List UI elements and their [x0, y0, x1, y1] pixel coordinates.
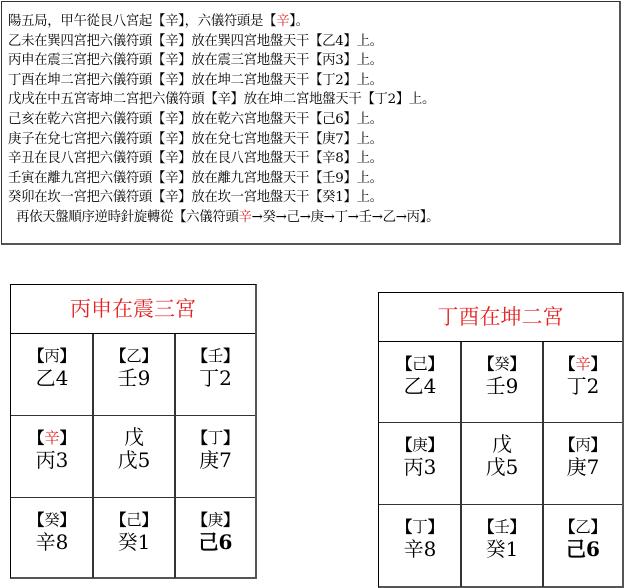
heaven-stem-text: 庚: [208, 511, 224, 529]
heaven-stem-text: 癸: [494, 355, 510, 373]
earth-stem: 辛8: [11, 530, 93, 554]
bracket-close: 】: [510, 354, 526, 373]
bracket-open: 【: [111, 510, 127, 529]
highlight-stem: 辛: [276, 14, 289, 29]
heaven-stem-text: 丁: [208, 429, 224, 447]
heaven-stem: 【壬】: [175, 346, 256, 366]
bracket-open: 【: [192, 510, 208, 529]
explanation-lines: 陽五局，甲午從艮八宮起【辛】，六儀符頭是【辛】。乙未在巽四宮把六儀符頭【辛】放在…: [8, 12, 439, 228]
bracket-close: 】: [428, 517, 444, 536]
bracket-close: 】: [428, 435, 444, 454]
bracket-close: 】: [142, 510, 158, 529]
palace-cell: 【壬】丁2: [175, 334, 256, 416]
palace-cell: 【丁】庚7: [175, 416, 256, 498]
bracket-open: 【: [560, 354, 576, 373]
earth-stem: 戊5: [93, 448, 175, 472]
bracket-open: 【: [29, 346, 45, 365]
heaven-stem-text: 辛: [575, 355, 591, 373]
grid-title: 丙申在震三宮: [11, 285, 255, 334]
grid-title: 丁酉在坤二宮: [379, 293, 622, 342]
earth-stem: 辛8: [379, 537, 461, 561]
explanation-line: 戊戌在中五宮寄坤二宮把六儀符頭【辛】放在坤二宮地盤天干【丁2】上。: [8, 90, 439, 110]
explanation-line: 辛丑在艮八宮把六儀符頭【辛】放在艮八宮地盤天干【辛8】上。: [8, 149, 439, 169]
line-text: 丙申在震三宮把六儀符頭【辛】放在震三宮地盤天干【丙3】上。: [8, 53, 383, 68]
line-text: 丁酉在坤二宮把六儀符頭【辛】放在坤二宮地盤天干【丁2】上。: [8, 73, 383, 88]
bracket-close: 】: [510, 517, 526, 536]
explanation-line: 庚子在兌七宮把六儀符頭【辛】放在兌七宮地盤天干【庚7】上。: [8, 130, 439, 150]
palace-cell: 【乙】己6: [543, 505, 623, 587]
earth-stem: 庚7: [175, 448, 256, 472]
line-text: 庚子在兌七宮把六儀符頭【辛】放在兌七宮地盤天干【庚7】上。: [8, 132, 383, 147]
heaven-stem-text: 庚: [412, 436, 428, 454]
bracket-open: 【: [560, 435, 576, 454]
explanation-line: 癸卯在坎一宮把六儀符頭【辛】放在坎一宮地盤天干【癸1】上。: [8, 188, 439, 208]
bracket-open: 【: [192, 428, 208, 447]
bracket-open: 【: [397, 354, 413, 373]
bracket-close: 】: [591, 517, 607, 536]
bracket-open: 【: [479, 354, 495, 373]
explanation-line: 己亥在乾六宮把六儀符頭【辛】放在乾六宮地盤天干【己6】上。: [8, 110, 439, 130]
grid-ding-you-kun-er: 丁酉在坤二宮 【己】乙4【癸】壬9【辛】丁2【庚】丙3戊戊5【丙】庚7【丁】辛8…: [378, 292, 624, 588]
heaven-stem: 【辛】: [543, 354, 623, 374]
earth-stem: 壬9: [461, 374, 543, 398]
earth-stem: 庚7: [543, 455, 623, 479]
bracket-close: 】: [60, 428, 76, 447]
palace-cell: 戊戊5: [93, 416, 175, 498]
earth-stem: 壬9: [93, 366, 175, 390]
earth-stem: 丁2: [175, 366, 256, 390]
earth-stem: 丙3: [379, 455, 461, 479]
earth-stem: 己6: [175, 530, 256, 554]
highlight-stem: 辛: [239, 210, 252, 225]
earth-stem: 癸1: [93, 530, 175, 554]
palace-cell: 【庚】丙3: [379, 423, 461, 505]
explanation-line: 丁酉在坤二宮把六儀符頭【辛】放在坤二宮地盤天干【丁2】上。: [8, 71, 439, 91]
palace-cell: 【辛】丙3: [11, 416, 93, 498]
heaven-stem: 【庚】: [175, 510, 256, 530]
heaven-stem: 【辛】: [11, 428, 93, 448]
palace-cell: 【丙】庚7: [543, 423, 623, 505]
palace-cell: 戊戊5: [461, 423, 543, 505]
palace-cell: 【庚】己6: [175, 498, 256, 578]
bracket-close: 】: [60, 346, 76, 365]
bracket-close: 】: [223, 510, 239, 529]
center-stem-text: 戊: [124, 425, 144, 449]
center-stem: 戊: [93, 426, 175, 448]
heaven-stem-text: 乙: [126, 347, 142, 365]
palace-cell: 【癸】辛8: [11, 498, 93, 578]
earth-stem: 丙3: [11, 448, 93, 472]
line-text: 戊戌在中五宮寄坤二宮把六儀符頭【辛】放在坤二宮地盤天干【丁2】上。: [8, 92, 435, 107]
heaven-stem-text: 丙: [575, 436, 591, 454]
line-text: 】。: [289, 14, 308, 29]
heaven-stem-text: 己: [412, 355, 428, 373]
explanation-line: 丙申在震三宮把六儀符頭【辛】放在震三宮地盤天干【丙3】上。: [8, 51, 439, 71]
heaven-stem: 【乙】: [93, 346, 175, 366]
heaven-stem: 【丙】: [543, 435, 623, 455]
heaven-stem: 【癸】: [11, 510, 93, 530]
palace-cell: 【乙】壬9: [93, 334, 175, 416]
palace-cell: 【丁】辛8: [379, 505, 461, 587]
heaven-stem-text: 丙: [44, 347, 60, 365]
heaven-stem: 【己】: [379, 354, 461, 374]
bracket-close: 】: [591, 435, 607, 454]
earth-stem: 丁2: [543, 374, 623, 398]
heaven-stem: 【丁】: [175, 428, 256, 448]
heaven-stem: 【乙】: [543, 517, 623, 537]
line-text: 陽五局，甲午從艮八宮起【辛】，六儀符頭是【: [8, 14, 276, 29]
bracket-close: 】: [223, 428, 239, 447]
bracket-open: 【: [397, 435, 413, 454]
bracket-open: 【: [479, 517, 495, 536]
explanation-line: 再依天盤順序逆時針旋轉從【六儀符頭辛→癸→己→庚→丁→壬→乙→丙】。: [8, 208, 439, 228]
heaven-stem: 【丁】: [379, 517, 461, 537]
line-text: 癸卯在坎一宮把六儀符頭【辛】放在坎一宮地盤天干【癸1】上。: [8, 190, 383, 205]
explanation-line: 乙未在巽四宮把六儀符頭【辛】放在巽四宮地盤天干【乙4】上。: [8, 32, 439, 52]
grid-bing-shen-zhen-san: 丙申在震三宮 【丙】乙4【乙】壬9【壬】丁2【辛】丙3戊戊5【丁】庚7【癸】辛8…: [10, 284, 257, 579]
heaven-stem-text: 壬: [494, 518, 510, 536]
heaven-stem-text: 壬: [208, 347, 224, 365]
bracket-close: 】: [591, 354, 607, 373]
bracket-open: 【: [560, 517, 576, 536]
bracket-close: 】: [142, 346, 158, 365]
heaven-stem: 【壬】: [461, 517, 543, 537]
explanation-line: 壬寅在離九宮把六儀符頭【辛】放在離九宮地盤天干【壬9】上。: [8, 169, 439, 189]
bracket-open: 【: [397, 517, 413, 536]
earth-stem: 癸1: [461, 537, 543, 561]
heaven-stem: 【癸】: [461, 354, 543, 374]
heaven-stem-text: 辛: [44, 429, 60, 447]
bracket-close: 】: [223, 346, 239, 365]
line-text: 己亥在乾六宮把六儀符頭【辛】放在乾六宮地盤天干【己6】上。: [8, 112, 383, 127]
center-stem: 戊: [461, 433, 543, 455]
earth-stem: 戊5: [461, 455, 543, 479]
bracket-open: 【: [111, 346, 127, 365]
earth-stem: 乙4: [11, 366, 93, 390]
palace-cell: 【癸】壬9: [461, 342, 543, 423]
heaven-stem-text: 乙: [575, 518, 591, 536]
line-text: 乙未在巽四宮把六儀符頭【辛】放在巽四宮地盤天干【乙4】上。: [8, 34, 383, 49]
heaven-stem-text: 癸: [44, 511, 60, 529]
palace-cell: 【己】癸1: [93, 498, 175, 578]
explanation-line: 陽五局，甲午從艮八宮起【辛】，六儀符頭是【辛】。: [8, 12, 439, 32]
bracket-close: 】: [428, 354, 444, 373]
bracket-open: 【: [29, 510, 45, 529]
line-text: 再依天盤順序逆時針旋轉從【六儀符頭: [16, 210, 239, 225]
line-text: →癸→己→庚→丁→壬→乙→丙】。: [252, 210, 440, 225]
palace-cell: 【己】乙4: [379, 342, 461, 423]
bracket-open: 【: [29, 428, 45, 447]
line-text: 辛丑在艮八宮把六儀符頭【辛】放在艮八宮地盤天干【辛8】上。: [8, 151, 383, 166]
heaven-stem: 【丙】: [11, 346, 93, 366]
heaven-stem-text: 丁: [412, 518, 428, 536]
earth-stem: 己6: [543, 537, 623, 561]
heaven-stem: 【庚】: [379, 435, 461, 455]
palace-cell: 【辛】丁2: [543, 342, 623, 423]
earth-stem: 乙4: [379, 374, 461, 398]
palace-cell: 【壬】癸1: [461, 505, 543, 587]
bracket-close: 】: [60, 510, 76, 529]
explanation-box: 陽五局，甲午從艮八宮起【辛】，六儀符頭是【辛】。乙未在巽四宮把六儀符頭【辛】放在…: [1, 1, 621, 245]
bracket-open: 【: [192, 346, 208, 365]
heaven-stem: 【己】: [93, 510, 175, 530]
palace-cell: 【丙】乙4: [11, 334, 93, 416]
line-text: 壬寅在離九宮把六儀符頭【辛】放在離九宮地盤天干【壬9】上。: [8, 171, 383, 186]
center-stem-text: 戊: [492, 432, 512, 456]
heaven-stem-text: 己: [126, 511, 142, 529]
